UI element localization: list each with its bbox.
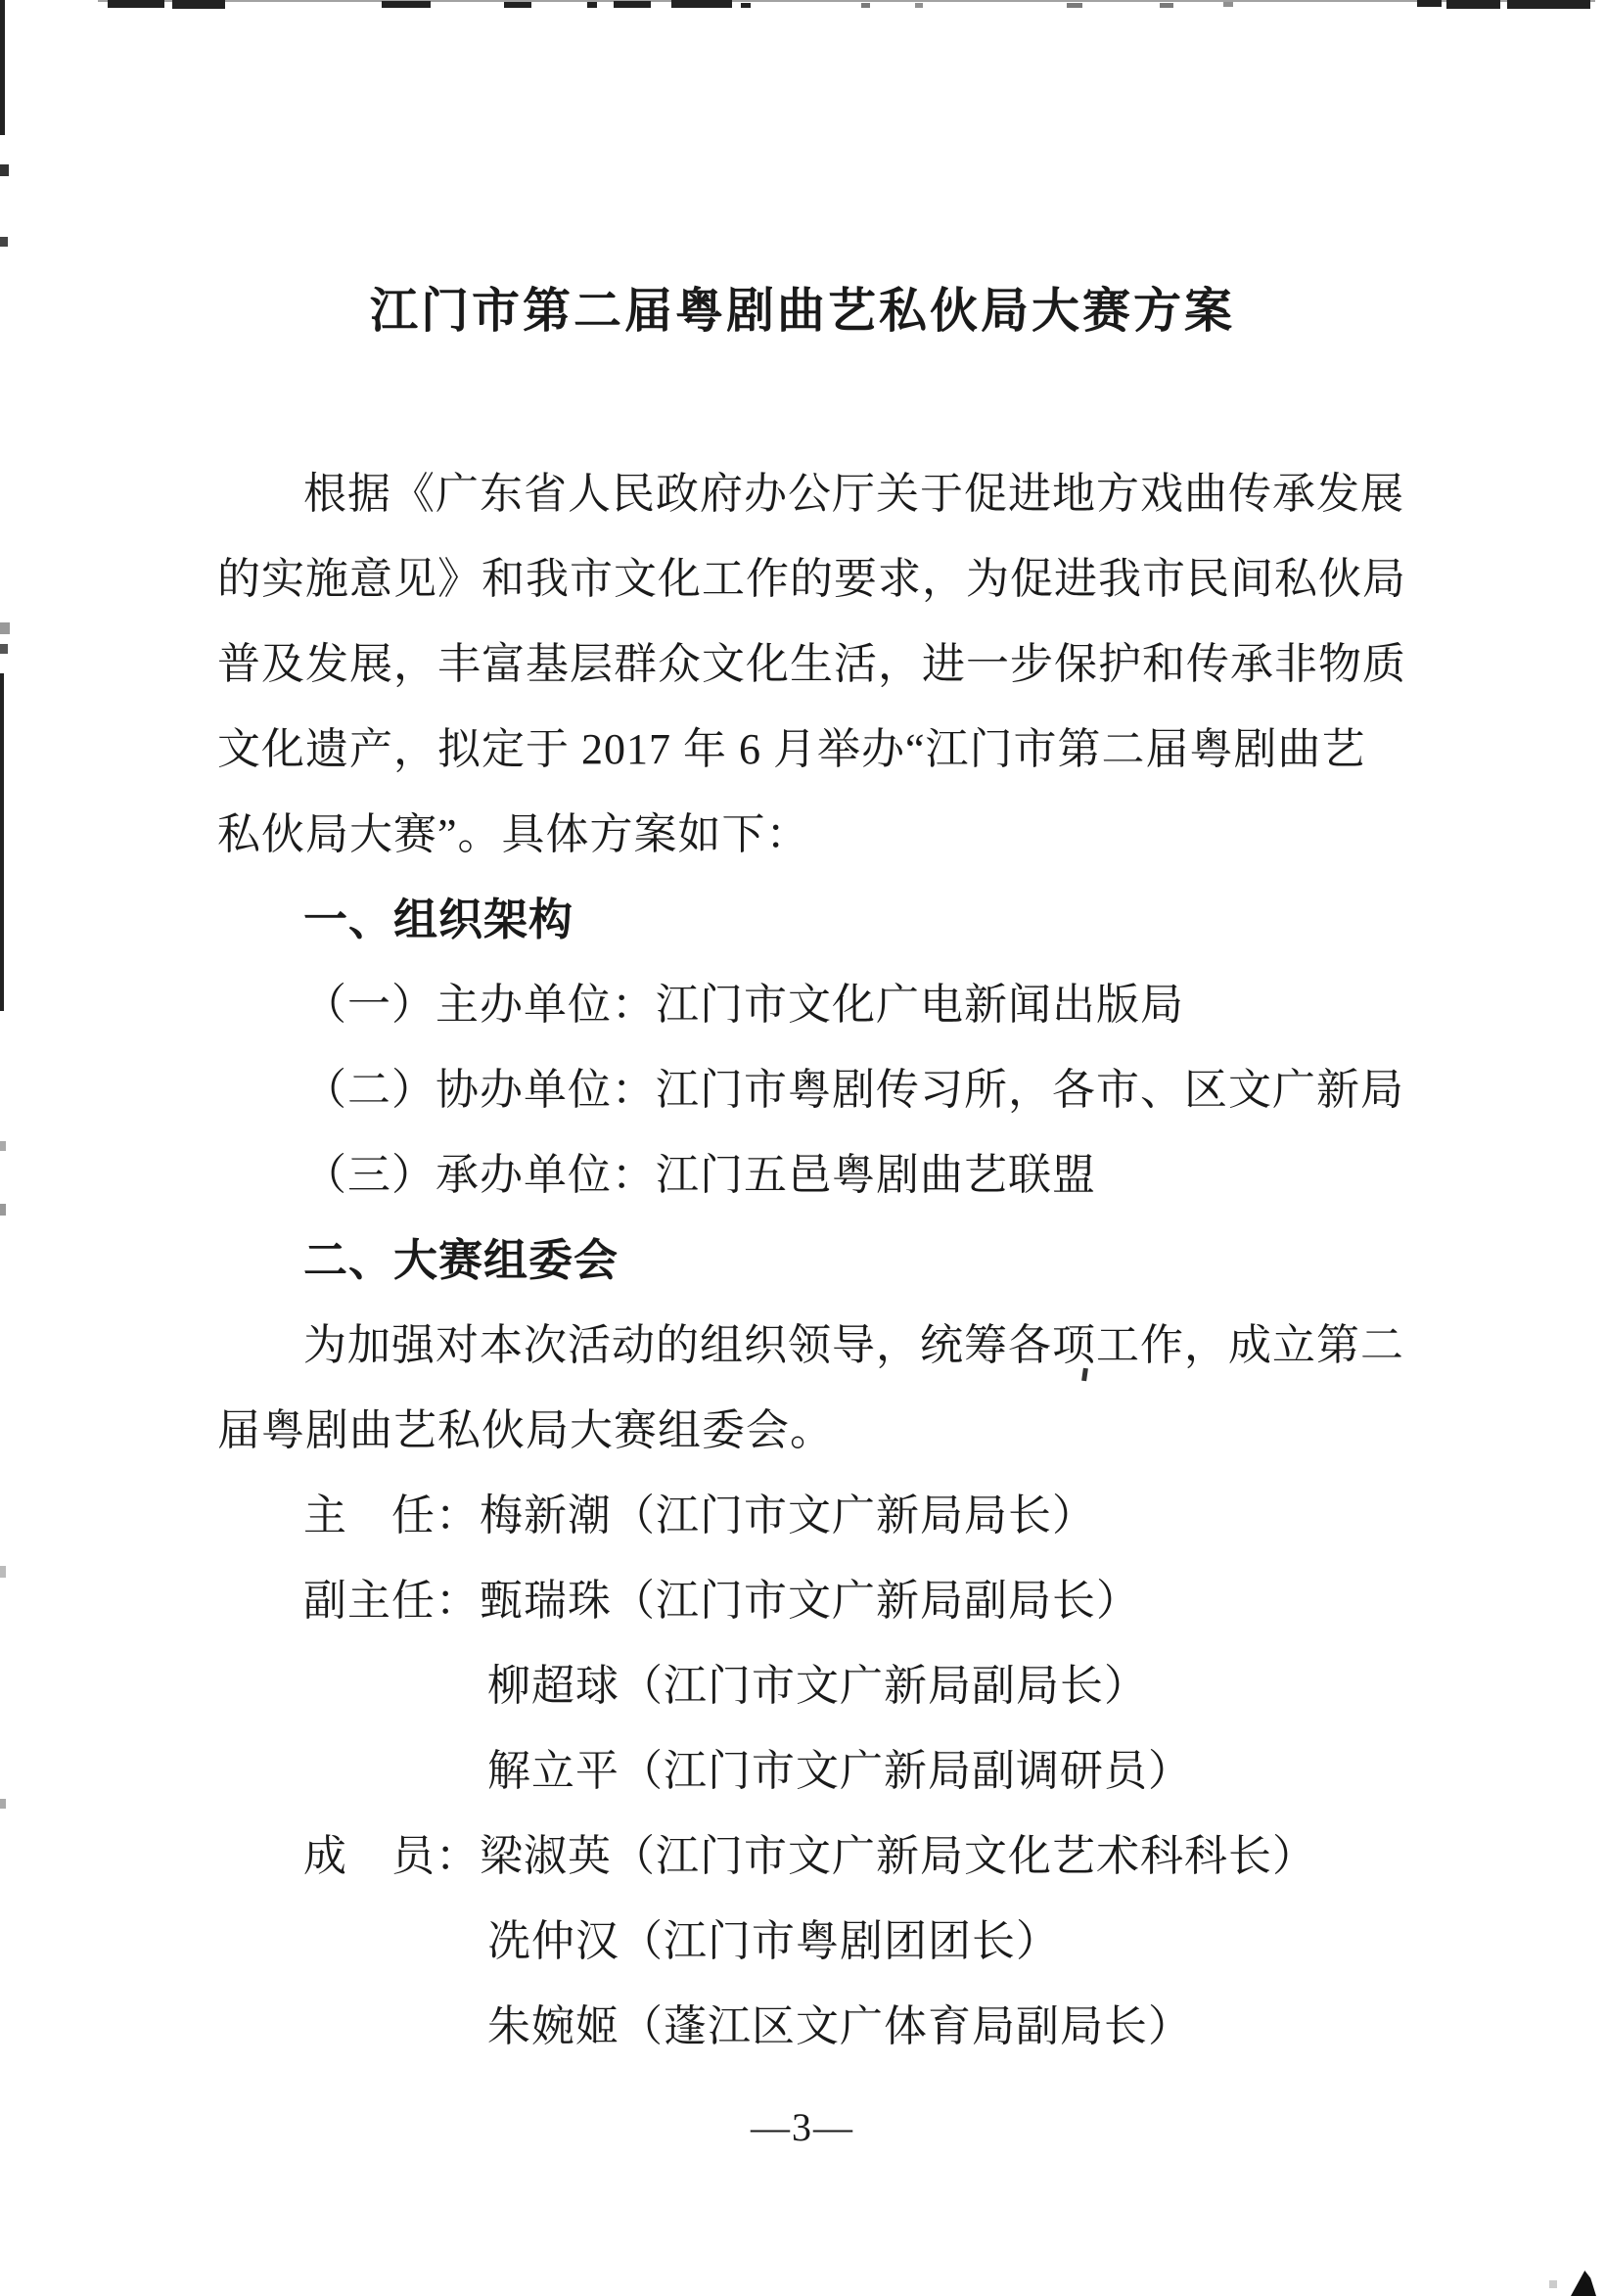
document-line: 解立平（江门市文广新局副调研员）: [217, 1728, 1398, 1814]
document-line: （一）主办单位：江门市文化广电新闻出版局: [217, 962, 1398, 1047]
document-line: （三）承办单位：江门五邑粤剧曲艺联盟: [217, 1132, 1398, 1217]
document-line: 的实施意见》和我市文化工作的要求，为促进我市民间私伙局: [217, 536, 1398, 621]
document-line: 为加强对本次活动的组织领导，统筹各项工作，成立第二: [217, 1303, 1398, 1388]
scan-artifact: [0, 622, 10, 634]
scan-artifact: [1417, 0, 1442, 7]
document-line: 成 员：梁淑英（江门市文广新局文化艺术科科长）: [217, 1814, 1398, 1899]
scan-artifact: [587, 2, 597, 8]
scan-artifact: [0, 237, 8, 247]
scan-artifact: [1223, 2, 1233, 7]
scan-artifact: [671, 0, 732, 8]
document-line: 私伙局大赛”。具体方案如下：: [217, 792, 1398, 877]
document-line: 文化遗产，拟定于 2017 年 6 月举办“江门市第二届粤剧曲艺: [217, 707, 1398, 792]
scan-artifact: [0, 1141, 6, 1151]
document-line: 届粤剧曲艺私伙局大赛组委会。: [217, 1388, 1398, 1473]
scan-artifact: [504, 2, 531, 8]
scan-artifact: [614, 1, 651, 8]
scan-artifact: [172, 0, 225, 9]
document-line: （二）协办单位：江门市粤剧传习所，各市、区文广新局: [217, 1047, 1398, 1132]
scan-artifact: [0, 164, 9, 176]
scan-artifact: [98, 0, 1595, 2]
scan-artifact: [0, 1566, 6, 1578]
document-body: 根据《广东省人民政府办公厅关于促进地方戏曲传承发展 的实施意见》和我市文化工作的…: [217, 451, 1398, 2069]
document-line: 根据《广东省人民政府办公厅关于促进地方戏曲传承发展: [217, 451, 1398, 536]
scan-artifact: [382, 1, 431, 8]
scan-artifact: [1446, 0, 1500, 9]
document-line: 冼仲汉（江门市粤剧团团长）: [217, 1899, 1398, 1984]
scan-artifact: [0, 673, 4, 1011]
page-number: —3—: [0, 2104, 1605, 2150]
document-line: 副主任：甄瑞珠（江门市文广新局副局长）: [217, 1558, 1398, 1643]
section-heading: 二、大赛组委会: [217, 1217, 1398, 1303]
scan-artifact: [108, 0, 164, 8]
scan-artifact: [1067, 3, 1082, 8]
scan-artifact: [0, 1799, 6, 1809]
section-heading: 一、组织架构: [217, 877, 1398, 962]
scan-artifact: [1160, 3, 1173, 8]
scan-artifact-corner: [1571, 2271, 1596, 2296]
scan-artifact: [0, 644, 8, 654]
scan-artifact: [1549, 2280, 1557, 2288]
document-page: 江门市第二届粤剧曲艺私伙局大赛方案 根据《广东省人民政府办公厅关于促进地方戏曲传…: [0, 0, 1605, 2296]
scan-artifact: [741, 3, 751, 8]
document-line: 柳超球（江门市文广新局副局长）: [217, 1643, 1398, 1728]
document-line: 普及发展，丰富基层群众文化生活，进一步保护和传承非物质: [217, 621, 1398, 707]
document-line: 主 任：梅新潮（江门市文广新局局长）: [217, 1473, 1398, 1558]
scan-artifact: [0, 0, 5, 135]
scan-artifact: [861, 3, 870, 8]
scan-artifact: [1507, 0, 1590, 9]
document-title: 江门市第二届粤剧曲艺私伙局大赛方案: [0, 285, 1605, 338]
scan-artifact: [0, 1204, 6, 1216]
scan-artifact: [915, 3, 923, 8]
document-line: 朱婉姬（蓬江区文广体育局副局长）: [217, 1984, 1398, 2069]
